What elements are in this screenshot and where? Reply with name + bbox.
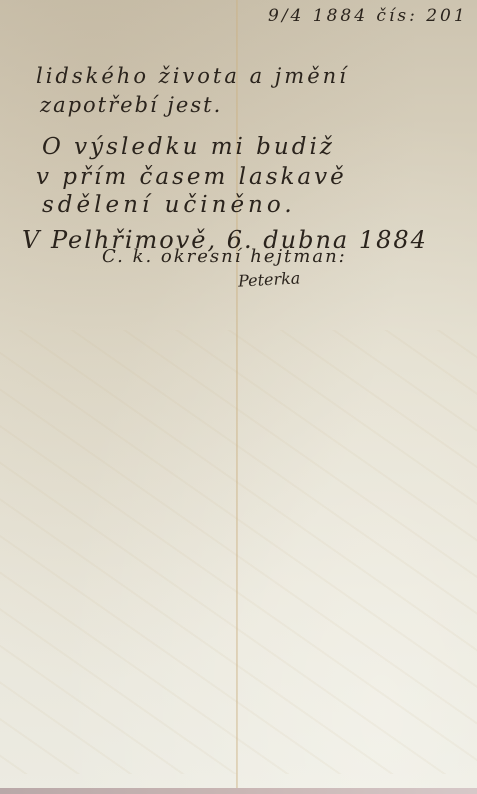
ink-bleed-through <box>0 330 477 774</box>
body-line-1: lidského života a jmění <box>36 64 349 88</box>
reference-note: 9/4 1884 čís: 201 <box>268 6 468 26</box>
body-line-4: v přím časem laskavě <box>36 164 347 190</box>
body-line-2: zapotřebí jest. <box>40 93 222 117</box>
page-bottom-edge <box>0 788 477 794</box>
body-line-5: sdělení učiněno. <box>42 192 296 218</box>
signature: Peterka <box>238 268 301 290</box>
paper-fold-line <box>236 0 238 794</box>
official-title: C. k. okresní hejtman: <box>102 246 347 267</box>
body-line-3: O výsledku mi budiž <box>42 134 335 160</box>
